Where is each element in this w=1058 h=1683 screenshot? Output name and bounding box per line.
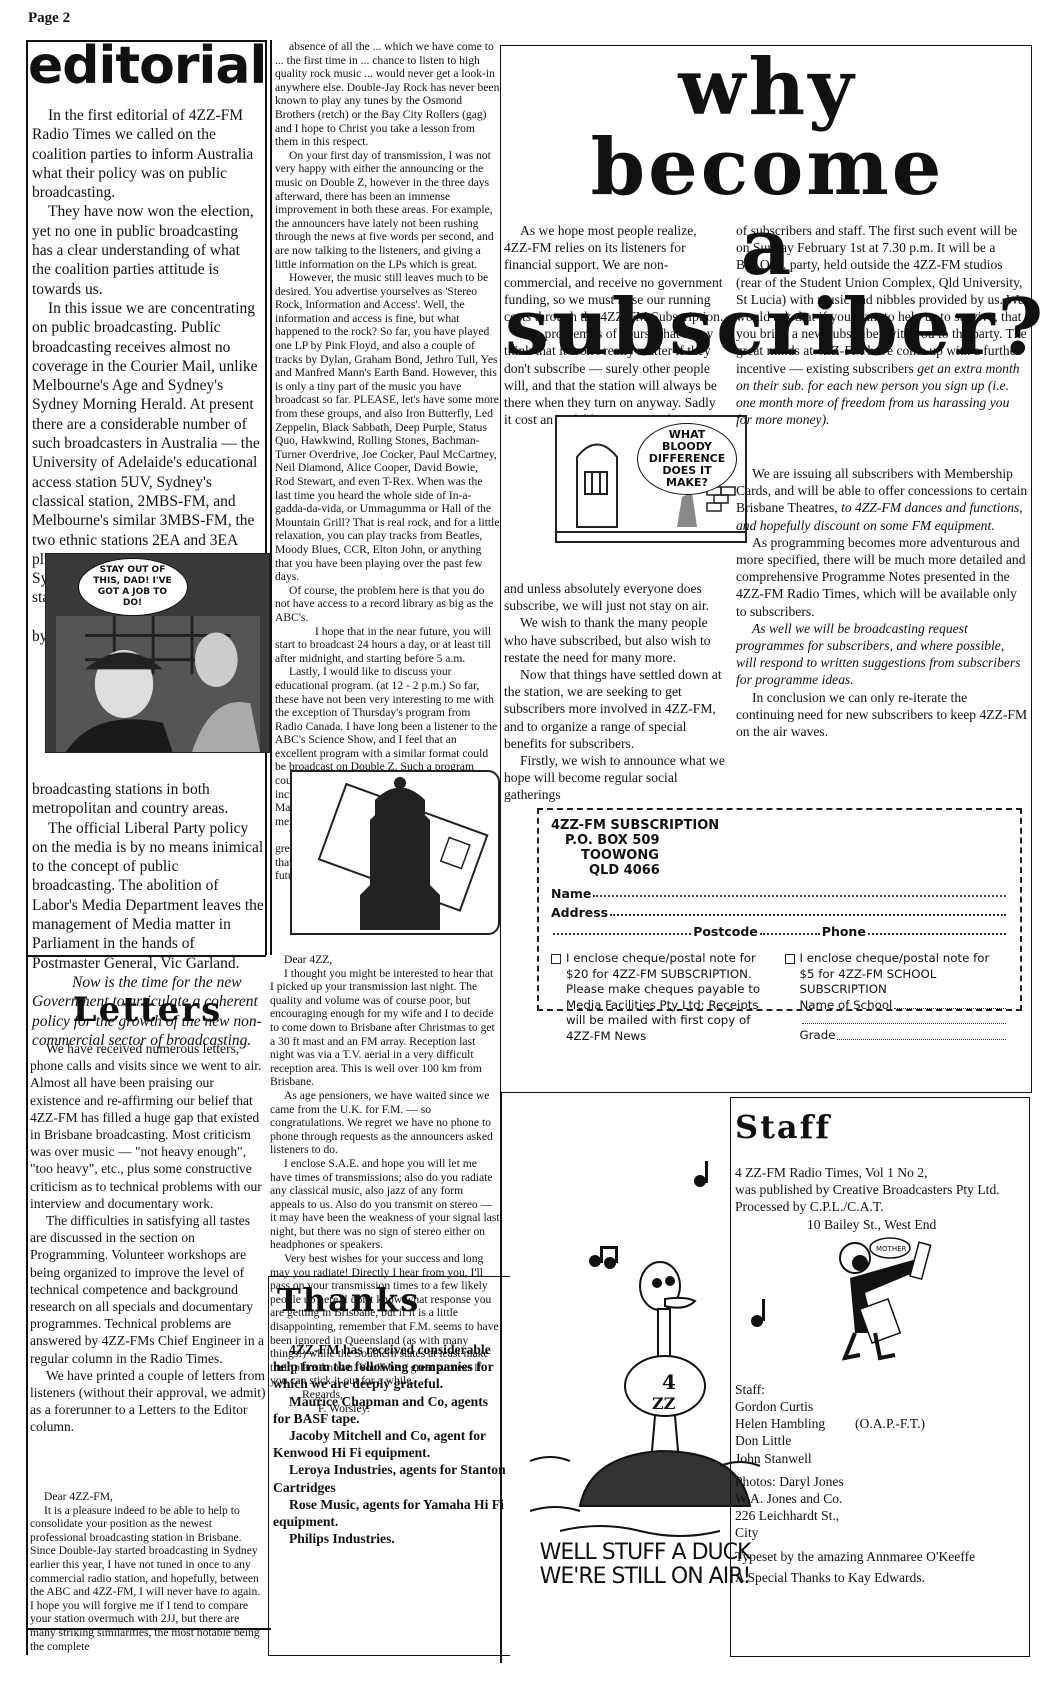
school-subscription-checkbox[interactable]: [785, 954, 795, 964]
thanks-item: Leroya Industries, agents for Stanton Ca…: [273, 1461, 506, 1495]
school-subscription-label: I enclose cheque/postal note for $5 for …: [800, 951, 1009, 998]
duck-caption-line1: WELL STUFF A DUCK: [540, 1541, 751, 1565]
comic-speech-bubble: STAY OUT OF THIS, DAD! I'VE GOT A JOB TO…: [78, 558, 188, 616]
staff-member: Helen Hambling: [735, 1415, 855, 1432]
letter-salutation: Dear 4ZZ,: [270, 953, 500, 967]
staff-label: Staff:: [735, 1381, 1025, 1398]
letters-paragraph: We have printed a couple of letters from…: [30, 1367, 266, 1436]
staff-member: John Stanwell: [735, 1450, 1025, 1467]
subscriber-paragraph: In conclusion we can only re-iterate the…: [736, 689, 1028, 741]
shouting-man-icon: MOTHER: [820, 1233, 940, 1363]
subscriber-paragraph: As programming becomes more adventurous …: [736, 534, 1028, 620]
name-label: Name: [551, 886, 591, 901]
letters-intro: We have received numerous letters, phone…: [30, 1040, 266, 1436]
phone-label: Phone: [822, 924, 866, 939]
photos-credit: W.A. Jones and Co.: [735, 1490, 1025, 1507]
subscriber-paragraph: Now that things have settled down at the…: [504, 666, 726, 752]
subscriber-left-column: As we hope most people realize, 4ZZ-FM r…: [504, 222, 726, 428]
editorial-paragraph: In the first editorial of 4ZZ-FM Radio T…: [32, 106, 261, 202]
staff-member-note: (O.A.P.-F.T.): [855, 1415, 925, 1432]
subscriber-right-column-continued: We are issuing all subscribers with Memb…: [736, 465, 1028, 740]
grade-label: Grade: [800, 1028, 836, 1044]
subscriber-paragraph: and unless absolutely everyone does subs…: [504, 580, 726, 614]
letter-paragraph: I hope that in the near future, you will…: [275, 625, 500, 666]
standard-subscription-label: I enclose cheque/postal note for $20 for…: [566, 951, 775, 1044]
thanks-item: Jacoby Mitchell and Co, agent for Kenwoo…: [273, 1427, 506, 1461]
address-label: Address: [551, 905, 608, 920]
staff-cartoon-text: MOTHER: [876, 1245, 907, 1253]
cartoon-speech-bubble: WHAT BLOODY DIFFERENCE DOES IT MAKE?: [637, 423, 737, 495]
editorial-paragraph: The official Liberal Party policy on the…: [32, 819, 264, 973]
letters-paragraph: The difficulties in satisfying all taste…: [30, 1212, 266, 1367]
postbox-image: [290, 770, 500, 935]
subscriber-right-column: of subscribers and staff. The first such…: [736, 222, 1028, 428]
editorial-right-rule: [265, 40, 267, 955]
thanks-box: Thanks 4ZZ-FM has received considerable …: [268, 1276, 510, 1656]
page-number: Page 2: [28, 10, 70, 27]
address-line2-input[interactable]: [553, 924, 691, 935]
photos-credit: 226 Leichhardt St.,: [735, 1507, 1025, 1524]
letters-paragraph: We have received numerous letters, phone…: [30, 1040, 266, 1212]
thanks-body: 4ZZ-FM has received considerable help fr…: [269, 1319, 510, 1547]
staff-pub-line: 10 Bailey St., West End: [735, 1216, 1025, 1233]
grade-field[interactable]: Grade: [785, 1028, 1009, 1044]
staff-member: Gordon Curtis: [735, 1398, 1025, 1415]
name-field[interactable]: Name: [551, 886, 1008, 901]
school-name-input[interactable]: [894, 998, 1006, 1010]
thanks-item: Philips Industries.: [273, 1530, 506, 1547]
subscription-options: I enclose cheque/postal note for $20 for…: [551, 951, 1008, 1044]
letter-paragraph: However, the music still leaves much to …: [275, 271, 500, 584]
letter-paragraph: It is a pleasure indeed to be able to he…: [30, 1504, 266, 1654]
photos-credit: City: [735, 1524, 1025, 1541]
svg-text:ZZ: ZZ: [652, 1394, 676, 1413]
postcode-phone-row[interactable]: PostcodePhone: [551, 924, 1008, 939]
subscription-coupon[interactable]: 4ZZ-FM SUBSCRIPTION P.O. BOX 509 TOOWONG…: [537, 808, 1022, 1011]
subscriber-paragraph: As we hope most people realize, 4ZZ-FM r…: [504, 222, 726, 325]
postcode-input[interactable]: [760, 924, 820, 935]
subscriber-paragraph: The problem is of course that many think…: [504, 325, 726, 428]
subscriber-paragraph: of subscribers and staff. The first such…: [736, 222, 1028, 428]
letter-salutation: Dear 4ZZ-FM,: [30, 1490, 266, 1504]
staff-box: Staff 4 ZZ-FM Radio Times, Vol 1 No 2, w…: [730, 1097, 1030, 1657]
option-school-subscription[interactable]: I enclose cheque/postal note for $5 for …: [785, 951, 1009, 1044]
coupon-address-line: TOOWONG: [551, 848, 1008, 863]
thanks-item: Rose Music, agents for Yamaha Hi Fi equi…: [273, 1496, 506, 1530]
middle-left-rule: [270, 40, 272, 955]
letter-paragraph: absence of all the ... which we have com…: [275, 40, 500, 149]
what-bloody-difference-cartoon: WHAT BLOODY DIFFERENCE DOES IT MAKE?: [555, 415, 747, 543]
staff-pub-line: Processed by C.P.L./C.A.T.: [735, 1198, 1025, 1215]
special-thanks: A Special Thanks to Kay Edwards.: [735, 1569, 1025, 1586]
subscriber-paragraph: As well we will be broadcasting request …: [736, 620, 1028, 689]
subscriber-text: of subscribers and staff. The first such…: [736, 223, 1027, 376]
letters-left-rule: [26, 955, 28, 1655]
comic-panel-image: STAY OUT OF THIS, DAD! I'VE GOT A JOB TO…: [45, 553, 270, 753]
thanks-item: Maurice Chapman and Co, agents for BASF …: [273, 1393, 506, 1427]
standard-subscription-checkbox[interactable]: [551, 954, 561, 964]
coupon-address-line: P.O. BOX 509: [551, 833, 1008, 848]
grade-input[interactable]: [837, 1028, 1006, 1040]
subscriber-paragraph: Firstly, we wish to announce what we hop…: [504, 752, 726, 804]
editorial-paragraph: broadcasting stations in both metropolit…: [32, 780, 264, 819]
subscriber-paragraph: We are issuing all subscribers with Memb…: [736, 465, 1028, 534]
staff-publication-info: 4 ZZ-FM Radio Times, Vol 1 No 2, was pub…: [731, 1146, 1029, 1233]
school-name-label: Name of School: [800, 998, 893, 1014]
letters-bottom-rule: [26, 1628, 271, 1630]
letter-paragraph: On your first day of transmission, I was…: [275, 149, 500, 271]
letter-paragraph: I thought you might be interested to hea…: [270, 967, 500, 1089]
editorial-paragraph: They have now won the election, yet no o…: [32, 202, 261, 298]
letter-paragraph: Of course, the problem here is that you …: [275, 584, 500, 625]
letter-paragraph: As age pensioners, we have waited since …: [270, 1089, 500, 1157]
postcode-label: Postcode: [693, 924, 758, 939]
photos-credit: Photos: Daryl Jones: [735, 1473, 1025, 1490]
duck-badge: 4: [662, 1370, 676, 1394]
phone-input[interactable]: [868, 924, 1006, 935]
coupon-address: 4ZZ-FM SUBSCRIPTION P.O. BOX 509 TOOWONG…: [551, 818, 1008, 878]
duck-left-rule: [500, 1093, 502, 1663]
staff-pub-line: was published by Creative Broadcasters P…: [735, 1181, 1025, 1198]
staff-cartoon: MOTHER: [731, 1233, 1029, 1363]
school-name-input-2[interactable]: [802, 1013, 1007, 1024]
subscriber-paragraph: We wish to thank the many people who hav…: [504, 614, 726, 666]
subscriber-left-column-continued: and unless absolutely everyone does subs…: [504, 580, 726, 804]
letter-paragraph: I enclose S.A.E. and hope you will let m…: [270, 1157, 500, 1252]
letters-title: Letters: [30, 990, 265, 1030]
address-input[interactable]: [610, 905, 1006, 916]
postbox-with-letter-icon: [295, 775, 495, 930]
name-input[interactable]: [593, 886, 1006, 897]
subscriber-headline-line1: why become: [505, 48, 1030, 208]
comic-figures-icon: [53, 616, 263, 752]
school-name-field[interactable]: Name of School: [785, 998, 1009, 1014]
staff-title: Staff: [731, 1098, 1029, 1146]
coupon-address-line: QLD 4066: [551, 863, 1008, 878]
school-name-line2[interactable]: [785, 1013, 1009, 1028]
staff-member: Don Little: [735, 1432, 1025, 1449]
staff-list: Staff: Gordon Curtis Helen Hambling(O.A.…: [731, 1363, 1029, 1586]
editorial-title: editorial: [28, 40, 265, 92]
typeset-credit: Typeset by the amazing Annmaree O'Keeffe: [735, 1548, 1025, 1565]
duck-caption-line2: WE'RE STILL ON AIR!: [540, 1565, 751, 1589]
thanks-title: Thanks: [269, 1277, 510, 1319]
address-field[interactable]: Address: [551, 905, 1008, 920]
thanks-paragraph: 4ZZ-FM has received considerable help fr…: [273, 1341, 506, 1393]
coupon-address-line: 4ZZ-FM SUBSCRIPTION: [551, 818, 1008, 833]
option-standard-subscription[interactable]: I enclose cheque/postal note for $20 for…: [551, 951, 775, 1044]
letters-section-header: Letters: [30, 990, 265, 1030]
duck-caption: WELL STUFF A DUCK WE'RE STILL ON AIR!: [540, 1541, 751, 1589]
staff-pub-line: 4 ZZ-FM Radio Times, Vol 1 No 2,: [735, 1164, 1025, 1181]
